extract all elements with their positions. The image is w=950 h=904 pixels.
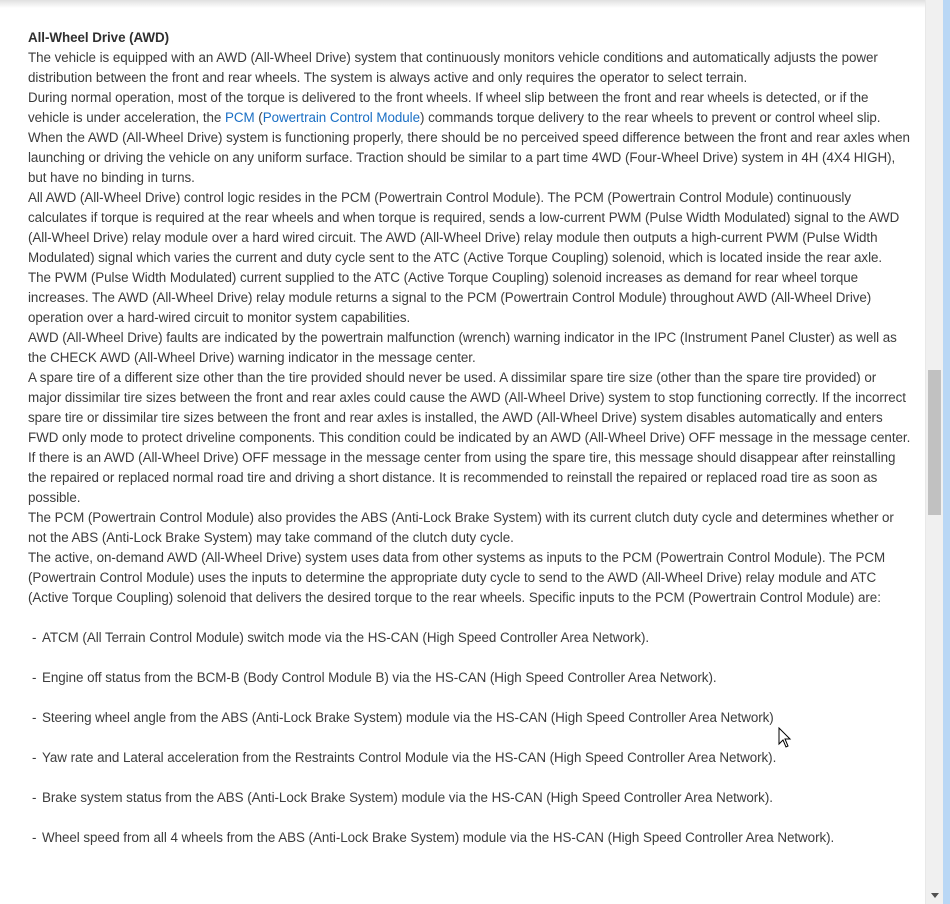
document-viewport: All-Wheel Drive (AWD) The vehicle is equ… (0, 0, 925, 904)
paragraph-1: The vehicle is equipped with an AWD (All… (28, 48, 912, 88)
pcm-abbr-link[interactable]: PCM (225, 110, 255, 125)
list-item-text: ATCM (All Terrain Control Module) switch… (42, 630, 649, 645)
list-item-text: Steering wheel angle from the ABS (Anti-… (42, 710, 774, 725)
bullet-dash: - (32, 748, 42, 768)
top-shadow (0, 0, 925, 8)
paren-open: ( (255, 110, 263, 125)
paragraph-2: During normal operation, most of the tor… (28, 88, 912, 188)
vertical-scrollbar[interactable] (925, 0, 944, 904)
paragraph-5: AWD (All-Wheel Drive) faults are indicat… (28, 328, 912, 368)
paragraph-7: The PCM (Powertrain Control Module) also… (28, 508, 912, 548)
bullet-dash: - (32, 788, 42, 808)
list-item: -Wheel speed from all 4 wheels from the … (28, 828, 912, 848)
list-item: -Yaw rate and Lateral acceleration from … (28, 748, 912, 768)
paragraph-3: All AWD (All-Wheel Drive) control logic … (28, 188, 912, 268)
window-edge (943, 0, 950, 904)
bullet-dash: - (32, 708, 42, 728)
paragraph-8: The active, on-demand AWD (All-Wheel Dri… (28, 548, 912, 608)
mouse-pointer-icon (778, 727, 792, 749)
list-item: -Brake system status from the ABS (Anti-… (28, 788, 912, 808)
list-item: -Steering wheel angle from the ABS (Anti… (28, 708, 912, 728)
scrollbar-thumb[interactable] (928, 370, 941, 515)
bullet-dash: - (32, 668, 42, 688)
list-item: -ATCM (All Terrain Control Module) switc… (28, 628, 912, 648)
paragraph-6: A spare tire of a different size other t… (28, 368, 912, 508)
scroll-down-arrow-icon[interactable] (931, 893, 939, 898)
bullet-dash: - (32, 628, 42, 648)
bullet-dash: - (32, 828, 42, 848)
list-item: -Engine off status from the BCM-B (Body … (28, 668, 912, 688)
section-heading: All-Wheel Drive (AWD) (28, 28, 912, 48)
paragraph-4: The PWM (Pulse Width Modulated) current … (28, 268, 912, 328)
list-item-text: Engine off status from the BCM-B (Body C… (42, 670, 717, 685)
powertrain-control-module-link[interactable]: Powertrain Control Module (263, 110, 420, 125)
list-item-text: Yaw rate and Lateral acceleration from t… (42, 750, 776, 765)
list-item-text: Brake system status from the ABS (Anti-L… (42, 790, 773, 805)
list-item-text: Wheel speed from all 4 wheels from the A… (42, 830, 834, 845)
